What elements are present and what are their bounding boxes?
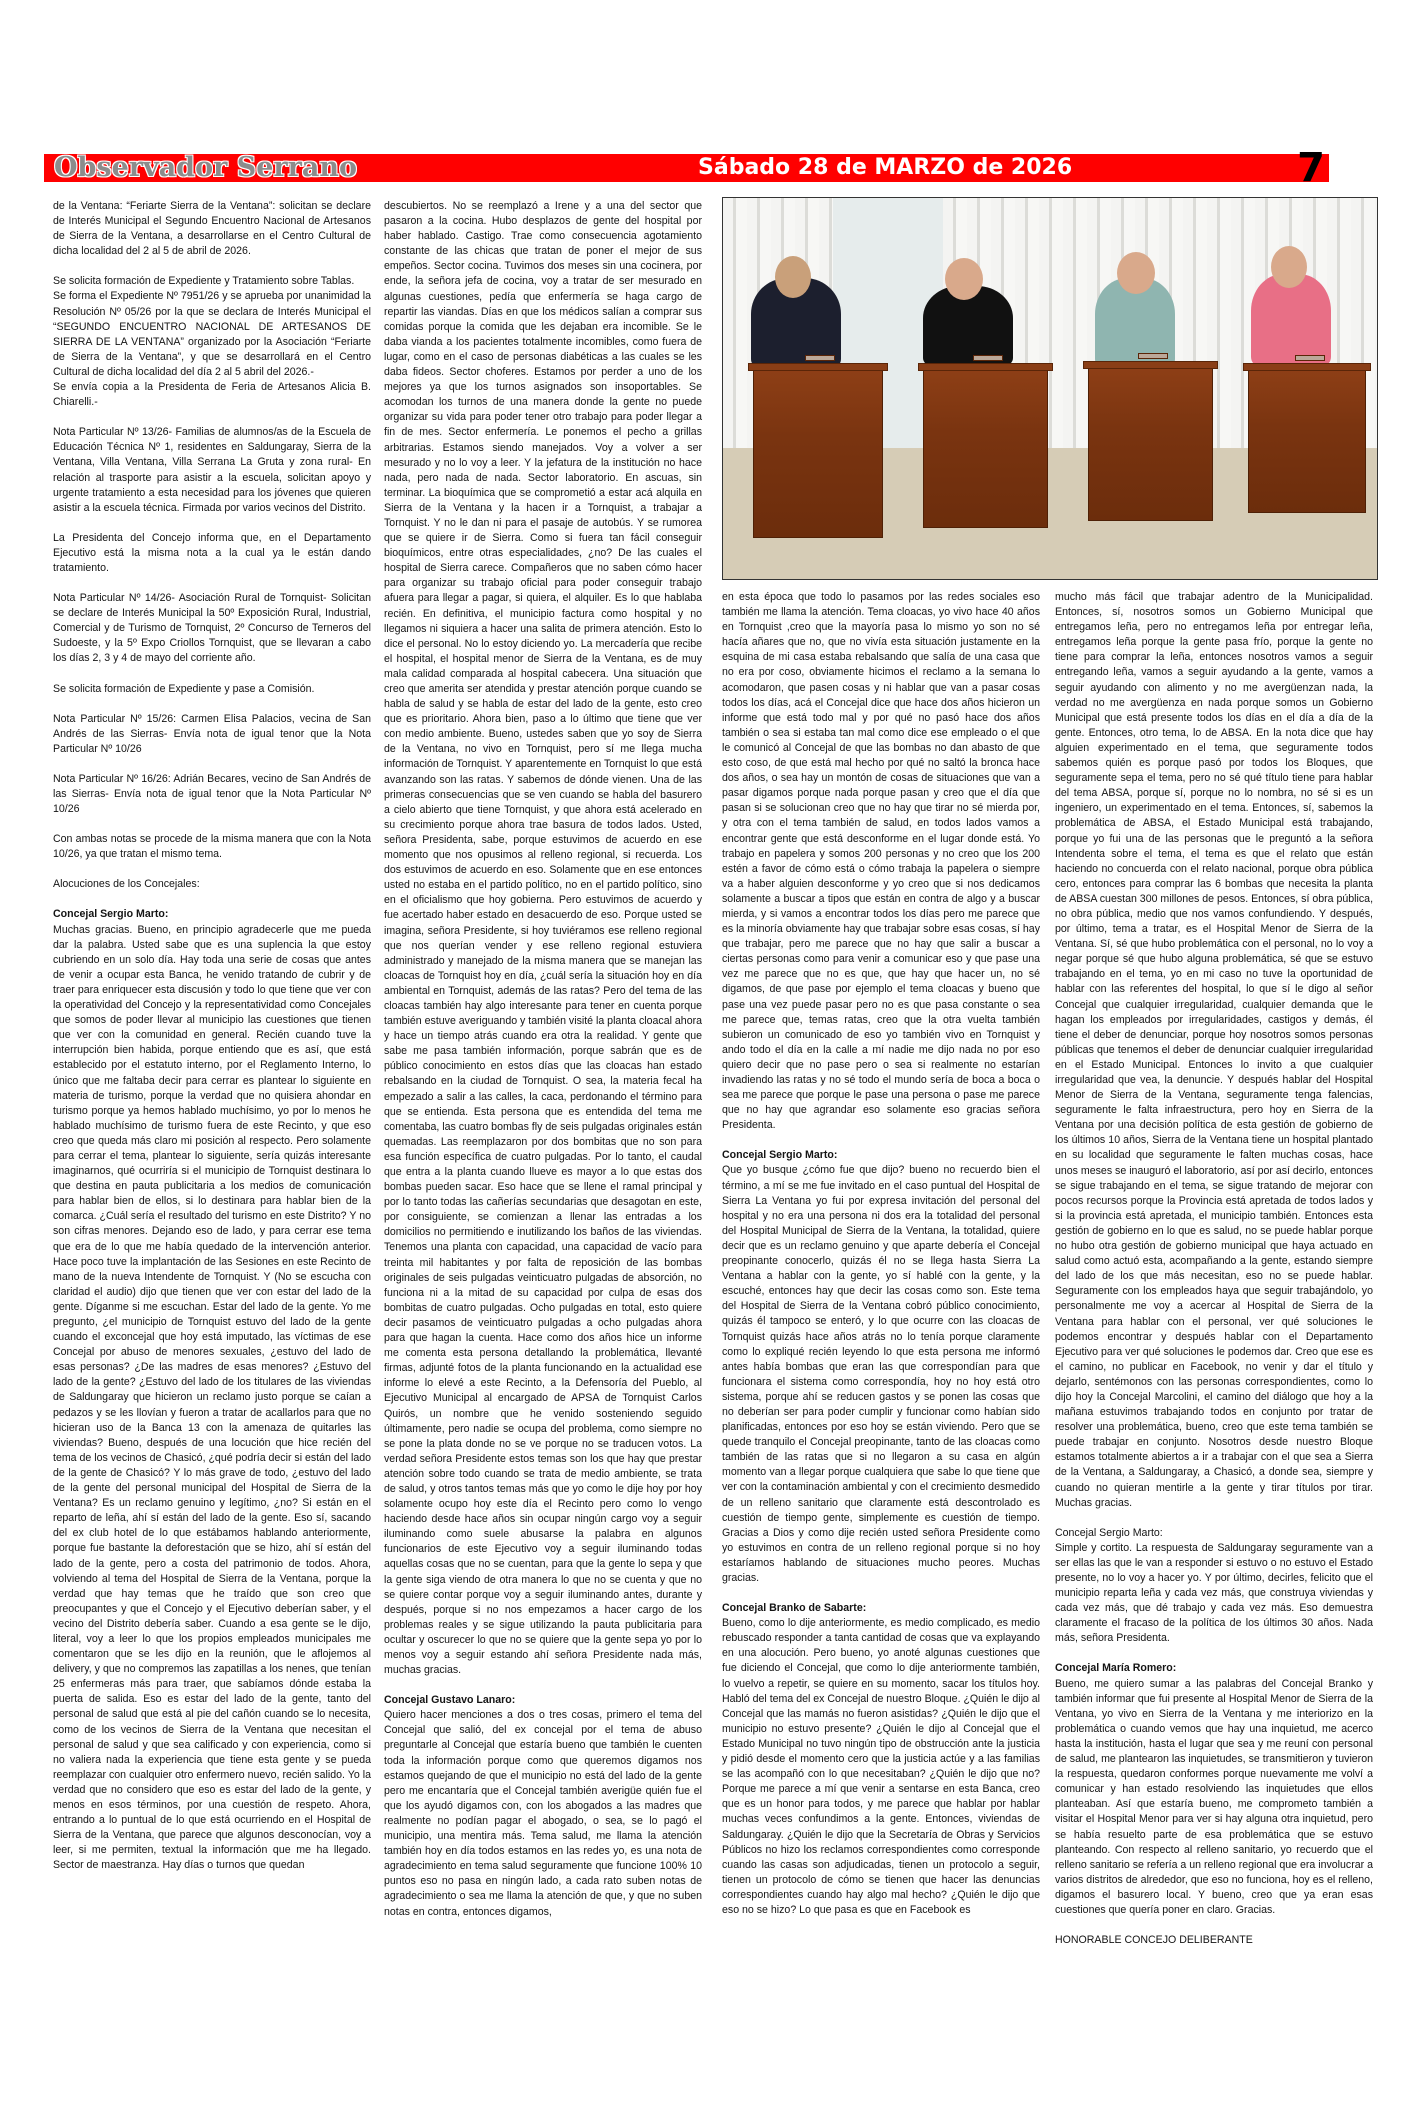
paragraph: Nota Particular Nº 16/26: Adrián Becares…	[53, 772, 371, 817]
paragraph: Se solicita formación de Expediente y Tr…	[53, 274, 371, 289]
speaker-heading: Concejal Sergio Marto:	[1055, 1526, 1373, 1541]
paragraph: La Presidenta del Concejo informa que, e…	[53, 531, 371, 576]
speaker-heading: Concejal Sergio Marto:	[722, 1148, 1040, 1163]
paragraph: Muchas gracias. Bueno, en principio agra…	[53, 923, 371, 1874]
paragraph: descubiertos. No se reemplazó a Irene y …	[384, 199, 702, 1678]
masthead-bar: Observador Serrano Sábado 28 de MARZO de…	[44, 154, 1329, 182]
paragraph: mucho más fácil que trabajar adentro de …	[1055, 590, 1373, 1511]
paragraph: Bueno, me quiero sumar a las palabras de…	[1055, 1677, 1373, 1919]
paragraph: Nota Particular Nº 14/26- Asociación Rur…	[53, 591, 371, 666]
speaker-heading: Concejal Branko de Sabarte:	[722, 1601, 1040, 1616]
article-column-4: mucho más fácil que trabajar adentro de …	[1055, 590, 1373, 1963]
page-number: 7	[1297, 148, 1325, 188]
paragraph: Nota Particular Nº 13/26- Familias de al…	[53, 425, 371, 516]
signature: HONORABLE CONCEJO DELIBERANTE	[1055, 1933, 1373, 1948]
paragraph: Con ambas notas se procede de la misma m…	[53, 832, 371, 862]
paragraph: Se envía copia a la Presidenta de Feria …	[53, 380, 371, 410]
paragraph: Alocuciones de los Concejales:	[53, 877, 371, 892]
paragraph: Se forma el Expediente Nº 7951/26 y se a…	[53, 289, 371, 380]
speaker-heading: Concejal María Romero:	[1055, 1661, 1373, 1676]
newspaper-logo: Observador Serrano	[44, 154, 357, 182]
paragraph: en esta época que todo lo pasamos por la…	[722, 590, 1040, 1133]
article-column-2: descubiertos. No se reemplazó a Irene y …	[384, 199, 702, 1935]
issue-date: Sábado 28 de MARZO de 2026	[698, 154, 1072, 182]
article-column-3: en esta época que todo lo pasamos por la…	[722, 590, 1040, 1933]
paragraph: Bueno, como lo dije anteriormente, es me…	[722, 1616, 1040, 1918]
article-column-1: de la Ventana: “Feriarte Sierra de la Ve…	[53, 199, 371, 1888]
council-session-photo	[722, 197, 1378, 580]
speaker-heading: Concejal Gustavo Lanaro:	[384, 1693, 702, 1708]
paragraph: Quiero hacer menciones a dos o tres cosa…	[384, 1708, 702, 1919]
paragraph: Que yo busque ¿cómo fue que dijo? bueno …	[722, 1163, 1040, 1586]
speaker-heading: Concejal Sergio Marto:	[53, 907, 371, 922]
paragraph: de la Ventana: “Feriarte Sierra de la Ve…	[53, 199, 371, 259]
paragraph: Simple y cortito. La respuesta de Saldun…	[1055, 1541, 1373, 1647]
paragraph: Se solicita formación de Expediente y pa…	[53, 682, 371, 697]
paragraph: Nota Particular Nº 15/26: Carmen Elisa P…	[53, 712, 371, 757]
